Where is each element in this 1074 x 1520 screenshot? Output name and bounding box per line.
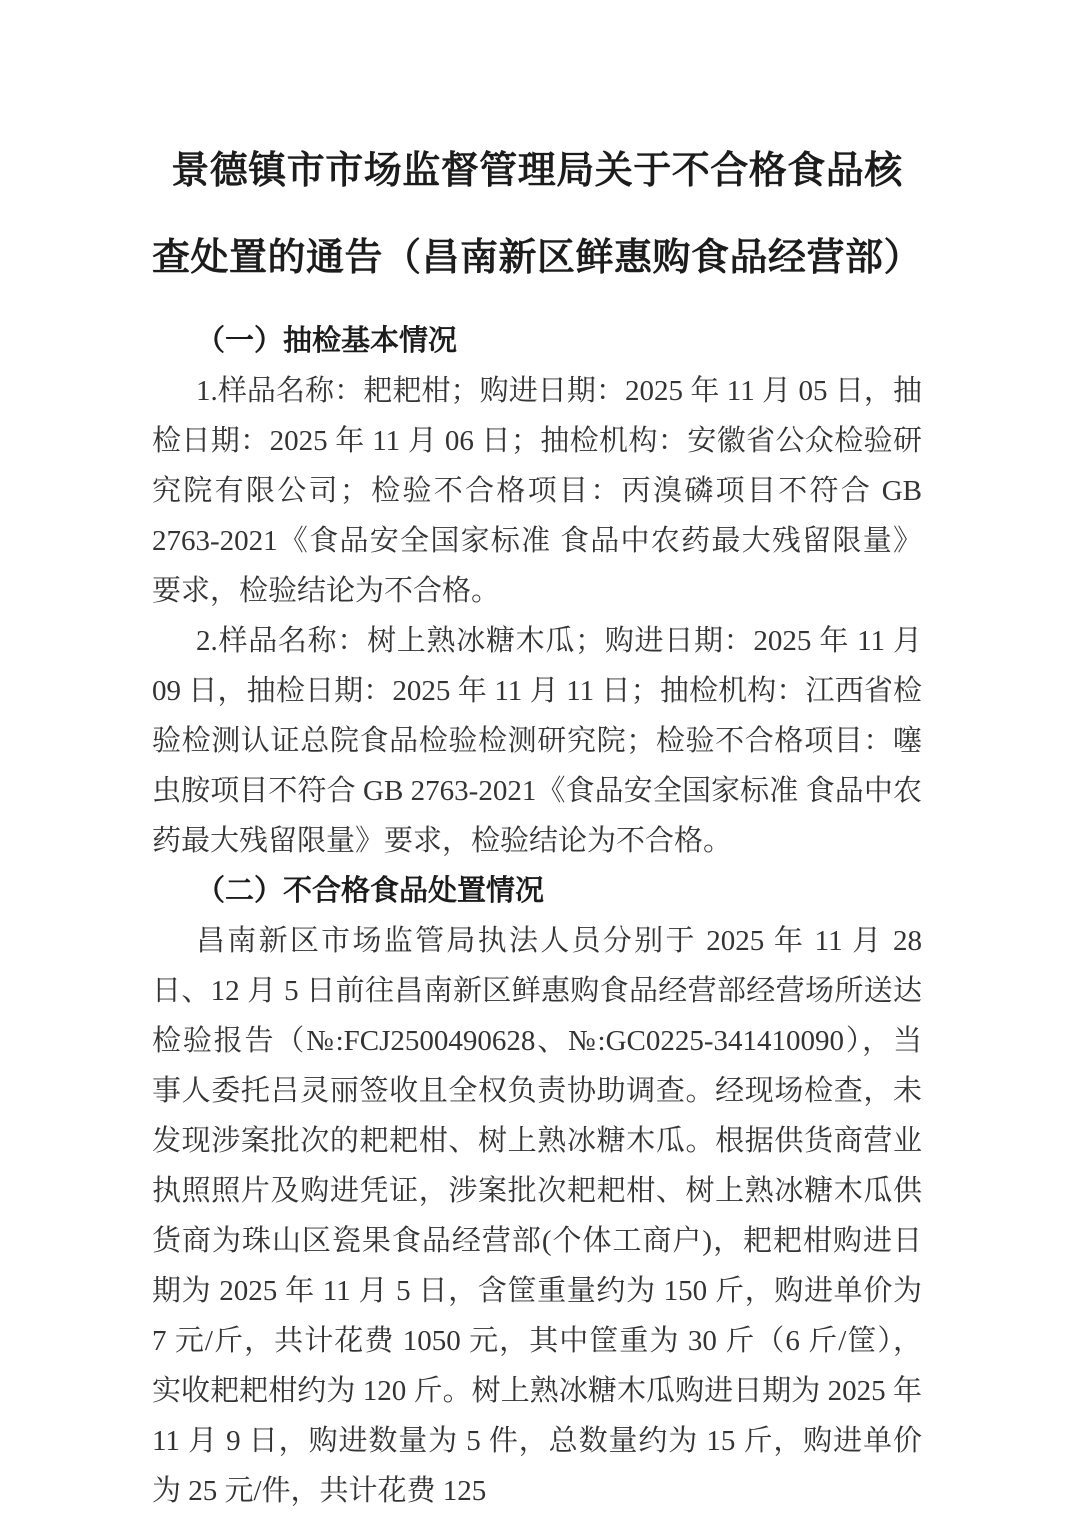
document-body: （一）抽检基本情况 1.样品名称：耙耙柑；购进日期：2025 年 11 月 05…	[152, 316, 922, 1516]
document-title-line-2: 查处置的通告（昌南新区鲜惠购食品经营部）	[152, 215, 922, 302]
section-1-paragraph-1: 1.样品名称：耙耙柑；购进日期：2025 年 11 月 05 日，抽检日期：20…	[152, 366, 922, 616]
section-1-heading: （一）抽检基本情况	[152, 316, 922, 366]
document-page: 景德镇市市场监督管理局关于不合格食品核 查处置的通告（昌南新区鲜惠购食品经营部）…	[0, 0, 1074, 1520]
document-title: 景德镇市市场监督管理局关于不合格食品核 查处置的通告（昌南新区鲜惠购食品经营部）	[152, 128, 922, 302]
document-title-line-1: 景德镇市市场监督管理局关于不合格食品核	[152, 128, 922, 215]
section-2-paragraph-1: 昌南新区市场监管局执法人员分别于 2025 年 11 月 28 日、12 月 5…	[152, 916, 922, 1516]
section-2-heading: （二）不合格食品处置情况	[152, 866, 922, 916]
section-1-paragraph-2: 2.样品名称：树上熟冰糖木瓜；购进日期：2025 年 11 月 09 日，抽检日…	[152, 616, 922, 866]
